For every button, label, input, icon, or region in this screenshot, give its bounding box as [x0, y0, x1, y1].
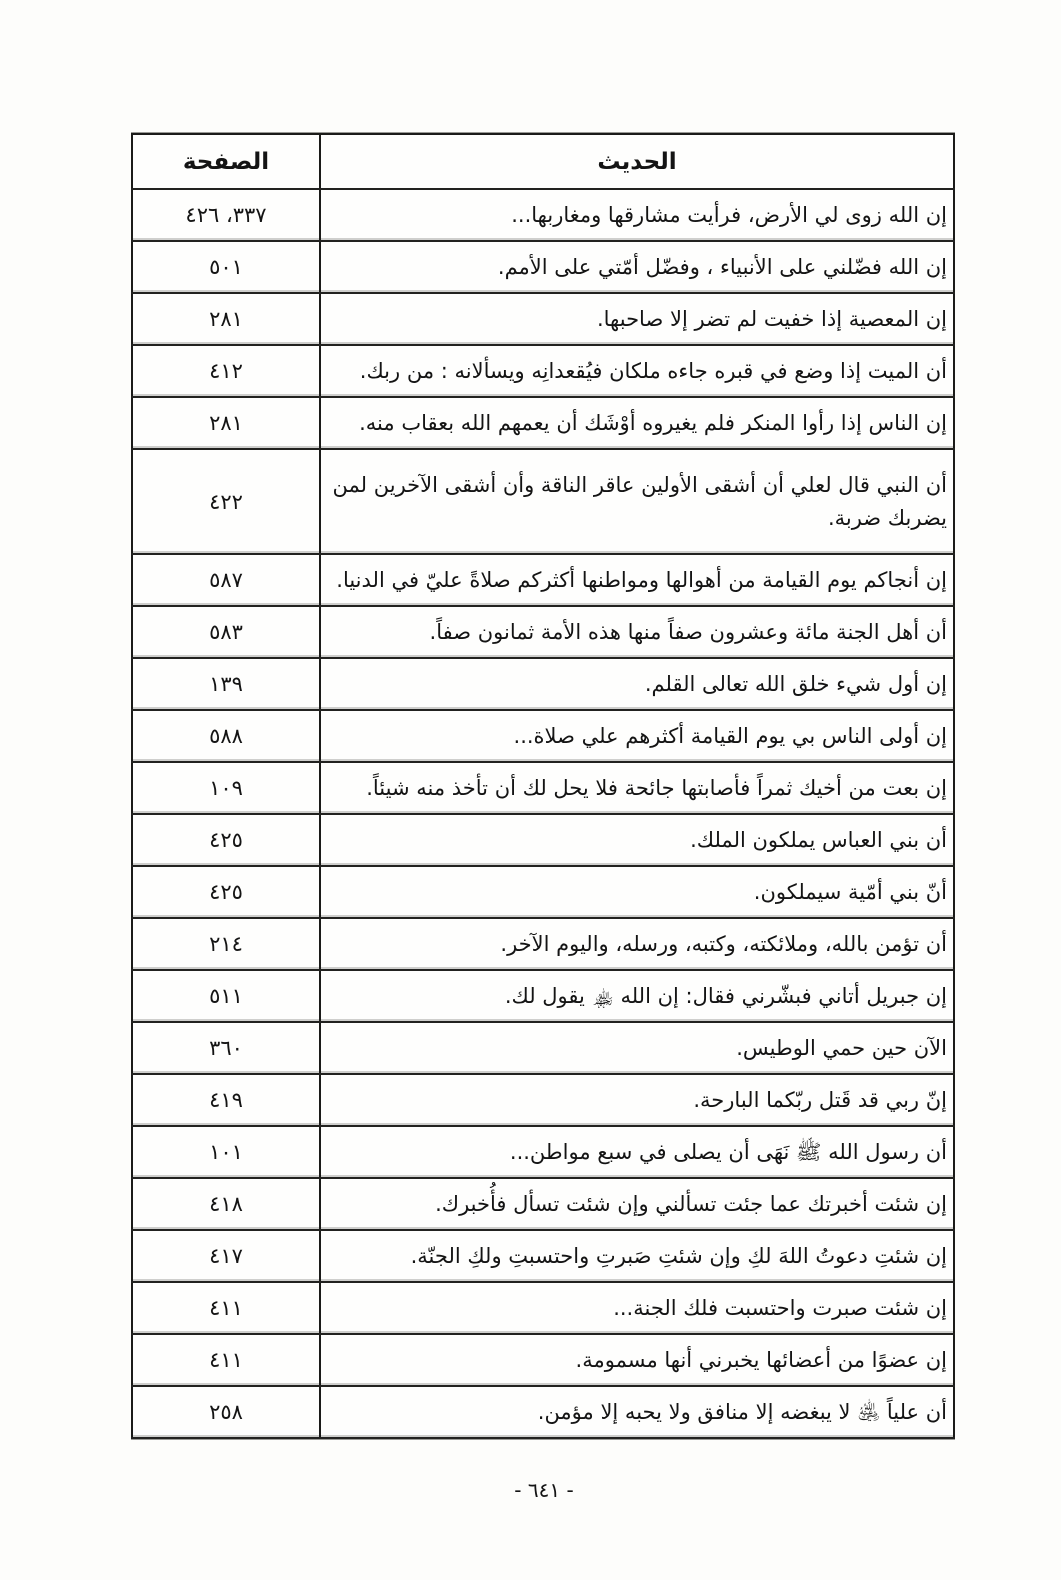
page-number: ٤٢٥ [132, 866, 320, 918]
table-row: إنّ ربي قد قَتل ربّكما البارحة. ٤١٩ [132, 1074, 954, 1126]
hadith-text: إن الناس إذا رأوا المنكر فلم يغيروه أوْش… [320, 397, 954, 449]
page-number: ٤١٨ [132, 1178, 320, 1230]
hadith-text: إن الله فضّلني على الأنبياء ، وفضّل أمّت… [320, 241, 954, 293]
page-number: ١٣٩ [132, 658, 320, 710]
table-row: إن بعت من أخيك ثمراً فأصابتها جائحة فلا … [132, 762, 954, 814]
page-number: ٥١١ [132, 970, 320, 1022]
hadith-text: إن بعت من أخيك ثمراً فأصابتها جائحة فلا … [320, 762, 954, 814]
table-row: أن النبي قال لعلي أن أشقى الأولين عاقر ا… [132, 449, 954, 554]
page-number: ٤١١ [132, 1334, 320, 1386]
table-row: إن الله فضّلني على الأنبياء ، وفضّل أمّت… [132, 241, 954, 293]
hadith-text: إن شئت صبرت واحتسبت فلك الجنة... [320, 1282, 954, 1334]
table-row: إن أولى الناس بي يوم القيامة أكثرهم علي … [132, 710, 954, 762]
table-row: إن جبريل أتاني فبشّرني فقال: إن الله ﵏ ي… [132, 970, 954, 1022]
page-number: ٢٨١ [132, 293, 320, 345]
table-row: أن بني العباس يملكون الملك. ٤٢٥ [132, 814, 954, 866]
table-row: أن علياً ﵁ لا يبغضه إلا منافق ولا يحبه إ… [132, 1386, 954, 1438]
hadith-text: إن شئتِ دعوتُ اللهَ لكِ وإن شئتِ صَبرتِ … [320, 1230, 954, 1282]
page-column-header: الصفحة [132, 134, 320, 189]
table-row: إن الله زوى لي الأرض، فرأيت مشارقها ومغا… [132, 189, 954, 241]
table-row: إن أول شيء خلق الله تعالى القلم. ١٣٩ [132, 658, 954, 710]
hadith-text: إنّ ربي قد قَتل ربّكما البارحة. [320, 1074, 954, 1126]
hadith-text: أن علياً ﵁ لا يبغضه إلا منافق ولا يحبه إ… [320, 1386, 954, 1438]
table-row: أن تؤمن بالله، وملائكته، وكتبه، ورسله، و… [132, 918, 954, 970]
page-number: ٢١٤ [132, 918, 320, 970]
page-number: ١٠١ [132, 1126, 320, 1178]
page-number: ٥٨٨ [132, 710, 320, 762]
hadith-text: إن أول شيء خلق الله تعالى القلم. [320, 658, 954, 710]
page-number: ٢٨١ [132, 397, 320, 449]
page-container: { "colors": { "ink": "#141414", "paper":… [0, 0, 1061, 1580]
page-number: ١٠٩ [132, 762, 320, 814]
table-row: إن شئت صبرت واحتسبت فلك الجنة... ٤١١ [132, 1282, 954, 1334]
hadith-text: إن أولى الناس بي يوم القيامة أكثرهم علي … [320, 710, 954, 762]
page-number: ٤١٩ [132, 1074, 320, 1126]
hadith-text: الآن حين حمي الوطيس. [320, 1022, 954, 1074]
hadith-text: أن أهل الجنة مائة وعشرون صفاً منها هذه ا… [320, 606, 954, 658]
table-header-row: الحديث الصفحة [132, 134, 954, 189]
hadith-text: أن الميت إذا وضع في قبره جاءه ملكان فيُق… [320, 345, 954, 397]
page-number: ٥٨٣ [132, 606, 320, 658]
page-number: ٣٦٠ [132, 1022, 320, 1074]
hadith-text: إن أنجاكم يوم القيامة من أهوالها ومواطنه… [320, 554, 954, 606]
table-row: أن الميت إذا وضع في قبره جاءه ملكان فيُق… [132, 345, 954, 397]
table-row: أن رسول الله ﷺ نَهَى أن يصلى في سبع مواط… [132, 1126, 954, 1178]
hadith-text: أنّ بني أمّية سيملكون. [320, 866, 954, 918]
hadith-text: أن رسول الله ﷺ نَهَى أن يصلى في سبع مواط… [320, 1126, 954, 1178]
page-footer-number: - ٦٤١ - [133, 1478, 955, 1502]
page-number: ٤٢٢ [132, 449, 320, 554]
table-row: إن أنجاكم يوم القيامة من أهوالها ومواطنه… [132, 554, 954, 606]
table-row: أن أهل الجنة مائة وعشرون صفاً منها هذه ا… [132, 606, 954, 658]
table-row: إن المعصية إذا خفيت لم تضر إلا صاحبها. ٢… [132, 293, 954, 345]
hadith-text: إن عضوًا من أعضائها يخبرني أنها مسمومة. [320, 1334, 954, 1386]
hadith-text: أن بني العباس يملكون الملك. [320, 814, 954, 866]
page-number: ٣٣٧، ٤٢٦ [132, 189, 320, 241]
hadith-text: إن الله زوى لي الأرض، فرأيت مشارقها ومغا… [320, 189, 954, 241]
table-row: الآن حين حمي الوطيس. ٣٦٠ [132, 1022, 954, 1074]
table-row: أنّ بني أمّية سيملكون. ٤٢٥ [132, 866, 954, 918]
page-number: ٥٠١ [132, 241, 320, 293]
table-row: إن شئت أخبرتك عما جئت تسألني وإن شئت تسأ… [132, 1178, 954, 1230]
page-number: ٤١١ [132, 1282, 320, 1334]
hadith-text: إن جبريل أتاني فبشّرني فقال: إن الله ﵏ ي… [320, 970, 954, 1022]
hadith-text: أن تؤمن بالله، وملائكته، وكتبه، ورسله، و… [320, 918, 954, 970]
hadith-column-header: الحديث [320, 134, 954, 189]
hadith-text: إن شئت أخبرتك عما جئت تسألني وإن شئت تسأ… [320, 1178, 954, 1230]
page-number: ٤١٢ [132, 345, 320, 397]
table-row: إن الناس إذا رأوا المنكر فلم يغيروه أوْش… [132, 397, 954, 449]
table-row: إن عضوًا من أعضائها يخبرني أنها مسمومة. … [132, 1334, 954, 1386]
hadith-text: إن المعصية إذا خفيت لم تضر إلا صاحبها. [320, 293, 954, 345]
page-number: ٥٨٧ [132, 554, 320, 606]
table-row: إن شئتِ دعوتُ اللهَ لكِ وإن شئتِ صَبرتِ … [132, 1230, 954, 1282]
hadith-index: الحديث الصفحة إن الله زوى لي الأرض، فرأي… [133, 133, 955, 1439]
page-number: ٤١٧ [132, 1230, 320, 1282]
index-table: الحديث الصفحة إن الله زوى لي الأرض، فرأي… [131, 133, 955, 1439]
page-number: ٢٥٨ [132, 1386, 320, 1438]
hadith-text: أن النبي قال لعلي أن أشقى الأولين عاقر ا… [320, 449, 954, 554]
page-number: ٤٢٥ [132, 814, 320, 866]
